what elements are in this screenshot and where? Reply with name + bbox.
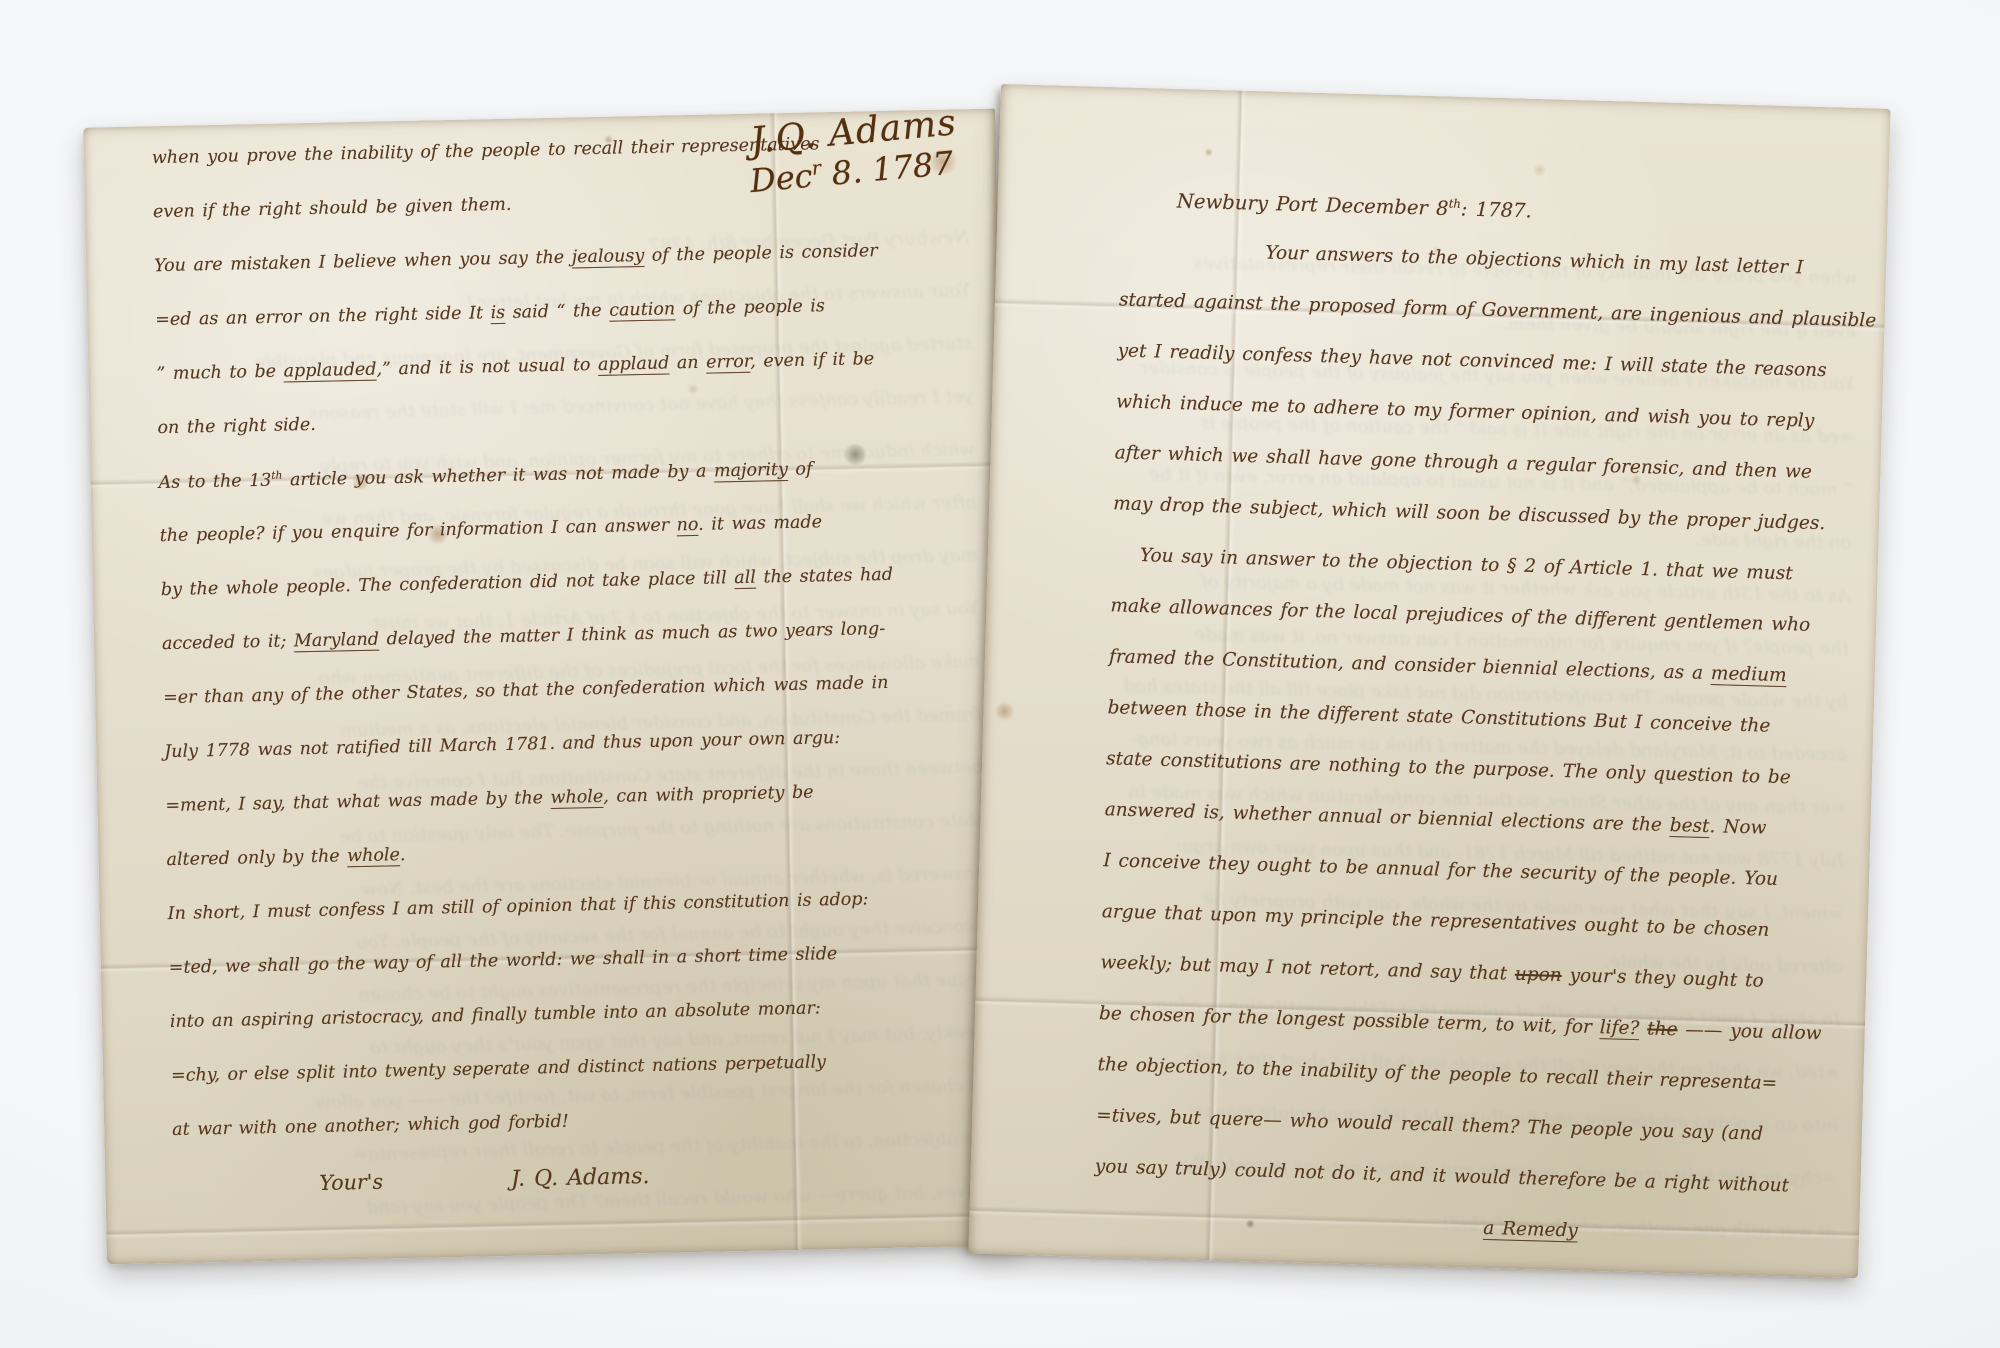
text-segment: when you prove the inability of the peop… [152,134,820,168]
foxing-stain [1533,163,1547,177]
letter-page-left: Newbury Port December 8th: 1787.Your ans… [83,109,1019,1265]
text-segment: , can with propriety be [603,783,814,807]
text-segment: As to the 13 [158,471,271,493]
text-segment: upon [1515,964,1562,986]
text-segment: acceded to it; [162,631,294,654]
text-segment: the [1647,1018,1678,1040]
text-segment: medium [1711,663,1787,686]
text-segment: of the people is [675,296,825,319]
text-segment: error [706,352,750,373]
text-segment: whole [347,845,400,866]
text-segment: all [734,568,756,588]
left-page-text: when you prove the inability of the peop… [152,131,984,1228]
closing-yours: Your's [319,1170,383,1195]
text-segment: . [400,845,406,865]
text-segment: said “ the [505,301,609,323]
text-segment: th [1449,197,1462,211]
text-segment: of the people is consider [644,241,878,266]
text-segment: is [490,303,505,323]
text-segment: majority [714,460,788,482]
text-segment: , even if it be [750,349,874,372]
text-segment: life? [1600,1017,1640,1039]
right-page-text: Newbury Port December 8th: 1787.Your ans… [1092,187,1884,1279]
text-segment: caution [609,299,675,320]
foxing-stain [995,700,1014,722]
text-segment: Newbury Port December 8 [1176,189,1448,220]
text-segment: ,” and it is not usual to [376,355,598,380]
text-segment: an [669,353,706,374]
text-segment: no [676,515,698,535]
text-segment: jealousy [572,246,645,268]
text-segment: applauded [283,360,376,382]
text-segment: . it was made [698,512,822,535]
foxing-stain [1204,148,1213,157]
text-segment: —— you allow [1677,1019,1822,1044]
text-segment: your's they ought to [1561,965,1764,992]
text-segment: Maryland [294,630,380,652]
text-segment: : 1787. [1461,197,1533,222]
text-segment: of [788,459,813,480]
text-segment: Dec [748,157,814,201]
text-segment: best [1669,815,1709,837]
letter-page-right: when you prove the inability of the peop… [968,84,1890,1278]
text-segment: ” much to be [156,362,284,385]
text-segment: a Remedy [1483,1218,1578,1242]
text-segment: applaud [598,353,670,374]
text-segment: the states had [756,565,893,588]
signature: J. Q. Adams. [511,1164,650,1192]
text-segment: altered only by the [166,846,347,870]
text-segment: th [271,470,282,482]
photograph-background: Newbury Port December 8th: 1787.Your ans… [0,0,2000,1348]
text-segment: whole [550,787,603,808]
text-segment: on the right side. [157,415,316,438]
text-segment: . Now [1709,816,1766,839]
